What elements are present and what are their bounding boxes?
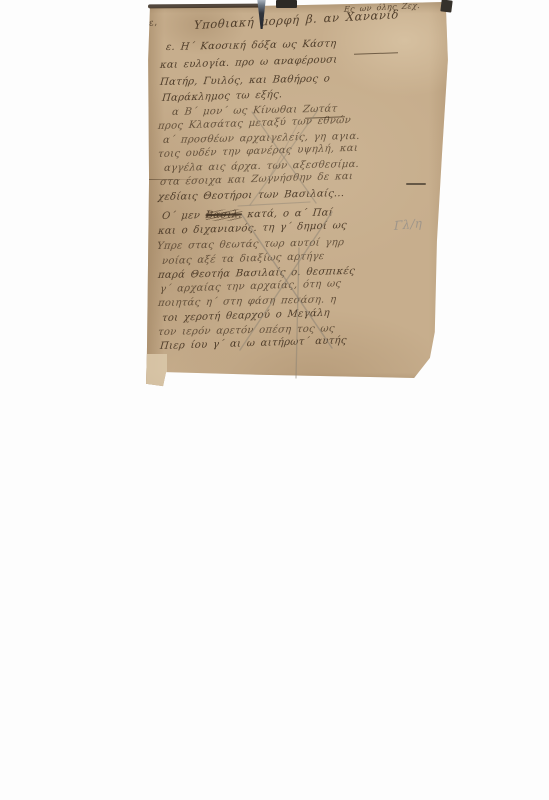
handwriting-line: Ο΄ μεν Βασιλ. κατά, ο α΄ Παί <box>161 207 333 222</box>
torn-edge-dark-block <box>276 0 297 8</box>
handwriting-line: και ευλογία. προ ω αναφέρουσι <box>159 54 338 71</box>
ink-underline <box>354 52 398 55</box>
handwriting-line: τοι χεροτή θεαρχού ο Μεγάλη <box>161 308 330 324</box>
handwriting-line: γ΄ αρχαίας την αρχαίας, ότη ως <box>159 278 341 295</box>
paper-bottom-left-tab <box>146 354 167 388</box>
title-line: Υποθιακή μορφή β. αν Χανανίδ <box>194 7 400 32</box>
handwriting-line: ποιητάς η΄ στη φάση πεσάση. η <box>157 294 336 309</box>
crossed-out-word: Βασιλ. <box>205 209 242 221</box>
line-post: κατά, ο α΄ Παί <box>247 207 334 220</box>
scan-background: Ες ων όλης Ζεχ. Υποθιακή μορφή β. αν Χαν… <box>0 0 549 800</box>
handwriting-line: Πιερ ίου γ΄ αι ω αιτήρωτ΄ αυτής <box>159 335 347 352</box>
right-edge-dark-dash <box>406 183 426 185</box>
handwriting-line: Υπρε στας θεωτάς τωρ αυτοί γηρ <box>156 237 344 252</box>
pencil-margin-note: Γλ/η <box>394 216 422 233</box>
handwriting-line: Παράκλημος τω εξής. <box>161 89 282 104</box>
line-pre: Ο΄ μεν <box>161 210 200 222</box>
handwriting-line: ε. Η΄ Καοσική δόξα ως Κάστη <box>165 38 337 53</box>
left-margin-mark: ε, <box>148 18 158 29</box>
manuscript-page: Ες ων όλης Ζεχ. Υποθιακή μορφή β. αν Χαν… <box>146 2 450 388</box>
torn-edge-dark-strip <box>148 4 262 9</box>
handwriting-line: και ο διχανιανός. τη γ΄ δημοί ως <box>157 220 347 237</box>
handwriting-line: χεδίαις Θεοτήροι των Βασιλαίς... <box>157 188 345 203</box>
handwriting-line: νοίας αξέ τα διαξίως αρτήγε <box>161 251 324 267</box>
corner-dark-patch <box>440 0 452 13</box>
handwriting-line: Πατήρ, Γυιλός, και Βαθήρος ο <box>159 73 330 88</box>
